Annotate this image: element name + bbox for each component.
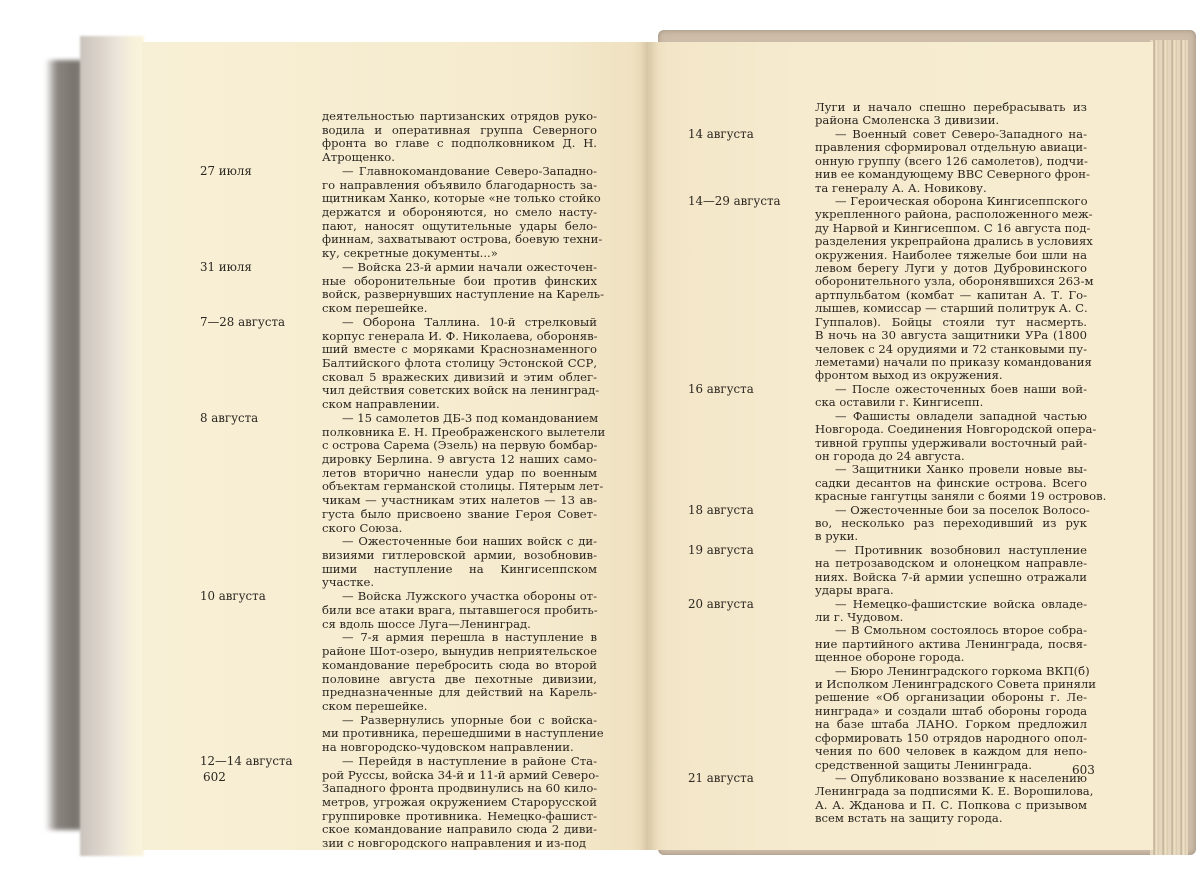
- text-line: держатся и обороняются, но смело насту-: [322, 206, 597, 219]
- entry-date: 18 августа: [688, 504, 754, 517]
- text-line: объектам германской столицы. Пятерым лет…: [322, 480, 597, 493]
- text-line: та генералу А. А. Новикову.: [815, 182, 1087, 195]
- text-line: деятельностью партизанских отрядов руко-: [322, 110, 597, 123]
- text-line: Луги и начало спешно перебрасывать из: [815, 101, 1087, 114]
- text-line: ший вместе с моряками Краснознаменного: [322, 343, 597, 356]
- text-line: фронта во главе с подполковником Д. Н.: [322, 137, 597, 150]
- text-line: ском перешейке.: [322, 700, 597, 713]
- text-line: фронтом выход из окружения.: [815, 369, 1087, 382]
- text-line: — В Смольном состоялось второе собра-: [835, 624, 1087, 637]
- entry-date: 31 июля: [200, 261, 252, 274]
- text-line: — Немецко-фашистские войска овладе-: [835, 598, 1087, 611]
- text-line: чил действия советских войск на ленингра…: [322, 384, 597, 397]
- text-line: всем встать на защиту города.: [815, 812, 1087, 825]
- entry-date: 19 августа: [688, 544, 754, 557]
- text-line: били все атаки врага, пытавшегося пробит…: [322, 604, 597, 617]
- text-line: В ночь на 30 августа защитники УРа (1800: [815, 329, 1087, 342]
- text-line: сформировать 150 отрядов народного опол-: [815, 732, 1087, 745]
- text-line: — Войска 23-й армии начали ожесточен-: [342, 261, 597, 274]
- text-line: артпульбатом (комбат — капитан А. Т. Го-: [815, 289, 1087, 302]
- text-line: — Войска Лужского участка обороны от-: [342, 590, 597, 603]
- text-line: корпус генерала И. Ф. Николаева, обороня…: [322, 330, 597, 343]
- text-line: метров, угрожая окружением Старорусской: [322, 796, 597, 809]
- entry-date: 21 августа: [688, 772, 754, 785]
- text-line: ные оборонительные бои против финских: [322, 275, 597, 288]
- text-line: — Оборона Таллина. 10-й стрелковый: [342, 316, 597, 329]
- entry-date: 27 июля: [200, 165, 252, 178]
- text-line: оборонительного узла, оборонявшихся 263-…: [815, 275, 1087, 288]
- text-line: — Перейдя в наступление в районе Ста-: [342, 755, 597, 768]
- text-line: командование перебросить сюда во второй: [322, 659, 597, 672]
- text-line: Гуппалов). Бойцы стояли тут насмерть.: [815, 316, 1087, 329]
- text-line: окружения. Наиболее тяжелые бои шли на: [815, 249, 1087, 262]
- text-line: правления сформировал отдельную авиаци-: [815, 141, 1087, 154]
- text-line: — После ожесточенных боев наши вой-: [835, 383, 1087, 396]
- text-line: — Военный совет Северо-Западного на-: [835, 128, 1087, 141]
- text-line: — Главнокомандование Северо-Западно-: [342, 165, 597, 178]
- text-line: и Исполком Ленинградского Совета приняли: [815, 678, 1087, 691]
- text-line: — Героическая оборона Кингисеппского: [835, 195, 1087, 208]
- text-line: — Бюро Ленинградского горкома ВКП(б): [835, 665, 1087, 678]
- page-number-right: 603: [1072, 763, 1095, 777]
- entry-date: 20 августа: [688, 598, 754, 611]
- text-line: группировке противника. Немецко-фашист-: [322, 810, 597, 823]
- text-line: летов вторично нанесли удар по военным: [322, 467, 597, 480]
- entry-date: 14 августа: [688, 128, 754, 141]
- text-line: удары врага.: [815, 584, 1087, 597]
- text-line: ниях. Войска 7-й армии успешно отражали: [815, 571, 1087, 584]
- text-line: шими наступление на Кингисеппском: [322, 563, 597, 576]
- text-line: — Ожесточенные бои за поселок Волосо-: [835, 504, 1087, 517]
- text-line: Западного фронта продвинулись на 60 кило…: [322, 782, 597, 795]
- text-line: во, несколько раз переходивший из рук: [815, 517, 1087, 530]
- text-line: ми противника, перешедшими в наступление: [322, 727, 597, 740]
- left-page-stack-edge: [80, 36, 144, 856]
- text-line: — Ожесточенные бои наших войск с ди-: [342, 535, 597, 548]
- text-line: левом берегу Луги у дотов Дубровинского: [815, 262, 1087, 275]
- text-line: — Фашисты овладели западной частью: [835, 410, 1087, 423]
- text-line: полковника Е. Н. Преображенского вылетел…: [322, 426, 597, 439]
- text-line: района Смоленска 3 дивизии.: [815, 114, 1087, 127]
- text-line: тивной группы удерживали восточный рай-: [815, 437, 1087, 450]
- text-line: Балтийского флота столицу Эстонской ССР,: [322, 357, 597, 370]
- text-line: щитникам Ханко, которые «не только стойк…: [322, 192, 597, 205]
- text-line: зии с новгородского направления и из-под: [322, 837, 597, 850]
- text-line: — 15 самолетов ДБ-3 под командованием: [342, 412, 597, 425]
- entry-date: 10 августа: [200, 590, 266, 603]
- text-line: районе Шот-озеро, вынудив неприятельское: [322, 645, 597, 658]
- text-line: он города до 24 августа.: [815, 450, 1087, 463]
- text-line: Атрощенко.: [322, 151, 597, 164]
- text-line: разделения укрепрайона дрались в условия…: [815, 235, 1087, 248]
- text-line: с острова Сарема (Эзель) на первую бомба…: [322, 439, 597, 452]
- text-line: на новгородско-чудовском направлении.: [322, 741, 597, 754]
- text-line: красные гангутцы заняли с боями 19 остро…: [815, 490, 1087, 503]
- text-line: половине августа две пехотные дивизии,: [322, 673, 597, 686]
- text-line: леметами) начали по приказу командования: [815, 356, 1087, 369]
- text-line: финнам, захватывают острова, боевую техн…: [322, 233, 597, 246]
- text-line: ку, секретные документы...»: [322, 247, 597, 260]
- text-line: сковал 5 вражеских дивизий и этим облег-: [322, 371, 597, 384]
- text-line: ское командование направило сюда 2 диви-: [322, 823, 597, 836]
- text-line: ском перешейке.: [322, 302, 597, 315]
- text-line: решение «Об организации обороны г. Ле-: [815, 691, 1087, 704]
- text-line: щенное обороне города.: [815, 651, 1087, 664]
- text-line: го направления объявило благодарность за…: [322, 179, 597, 192]
- text-line: чения по 600 человек в каждом для непо-: [815, 745, 1087, 758]
- text-line: ска оставили г. Кингисепп.: [815, 396, 1087, 409]
- text-line: визиями гитлеровской армии, возобновив-: [322, 549, 597, 562]
- text-line: ском направлении.: [322, 398, 597, 411]
- text-line: нинграда» и создали штаб обороны города: [815, 705, 1087, 718]
- text-line: укрепленного района, расположенного меж-: [815, 208, 1087, 221]
- text-line: чикам — участникам этих налетов — 13 ав-: [322, 494, 597, 507]
- book-gutter: [640, 42, 658, 850]
- page-number-left: 602: [203, 770, 226, 784]
- text-line: Новгорода. Соединения Новгородской опера…: [815, 423, 1087, 436]
- text-line: человек с 24 орудиями и 72 станковыми пу…: [815, 343, 1087, 356]
- text-line: на петрозаводском и олонецком направле-: [815, 557, 1087, 570]
- text-line: рой Руссы, войска 34-й и 11-й армий Севе…: [322, 769, 597, 782]
- entry-date: 8 августа: [200, 412, 258, 425]
- entry-date: 14—29 августа: [688, 195, 781, 208]
- text-line: ние партийного актива Ленинграда, посвя-: [815, 638, 1087, 651]
- entry-date: 12—14 августа: [200, 755, 293, 768]
- text-line: в руки.: [815, 530, 1087, 543]
- text-line: ду Нарвой и Кингисеппом. С 16 августа по…: [815, 222, 1087, 235]
- text-line: — 7-я армия перешла в наступление в: [342, 631, 597, 644]
- text-line: — Противник возобновил наступление: [835, 544, 1087, 557]
- text-line: ли г. Чудовом.: [815, 611, 1087, 624]
- text-line: средственной защиты Ленинграда.: [815, 759, 1087, 772]
- text-line: густа было присвоено звание Героя Совет-: [322, 508, 597, 521]
- text-line: пают, наносят ощутительные удары бело-: [322, 220, 597, 233]
- text-line: — Развернулись упорные бои с войска-: [342, 714, 597, 727]
- text-line: на базе штаба ЛАНО. Горком предложил: [815, 718, 1087, 731]
- text-line: дировку Берлина. 9 августа 12 наших само…: [322, 453, 597, 466]
- entry-date: 7—28 августа: [200, 316, 285, 329]
- text-line: — Защитники Ханко провели новые вы-: [835, 463, 1087, 476]
- text-line: водила и оперативная группа Северного: [322, 124, 597, 137]
- text-line: онную группу (всего 126 самолетов), подч…: [815, 155, 1087, 168]
- text-line: нив ее командующему ВВС Северного фрон-: [815, 168, 1087, 181]
- entry-date: 16 августа: [688, 383, 754, 396]
- text-line: садки десантов на финские острова. Всего: [815, 477, 1087, 490]
- text-line: Ленинграда за подписями К. Е. Ворошилова…: [815, 785, 1087, 798]
- right-page-stack-edge: [1150, 40, 1188, 855]
- text-line: участке.: [322, 576, 597, 589]
- text-line: войск, развернувших наступление на Карел…: [322, 288, 597, 301]
- text-line: — Опубликовано воззвание к населению: [835, 772, 1087, 785]
- text-line: А. А. Жданова и П. С. Попкова с призывом: [815, 799, 1087, 812]
- text-line: ского Союза.: [322, 522, 597, 535]
- text-line: лышев, комиссар — старший политрук А. С.: [815, 302, 1087, 315]
- text-line: предназначенные для действий на Карель-: [322, 686, 597, 699]
- text-line: ся вдоль шоссе Луга—Ленинград.: [322, 618, 597, 631]
